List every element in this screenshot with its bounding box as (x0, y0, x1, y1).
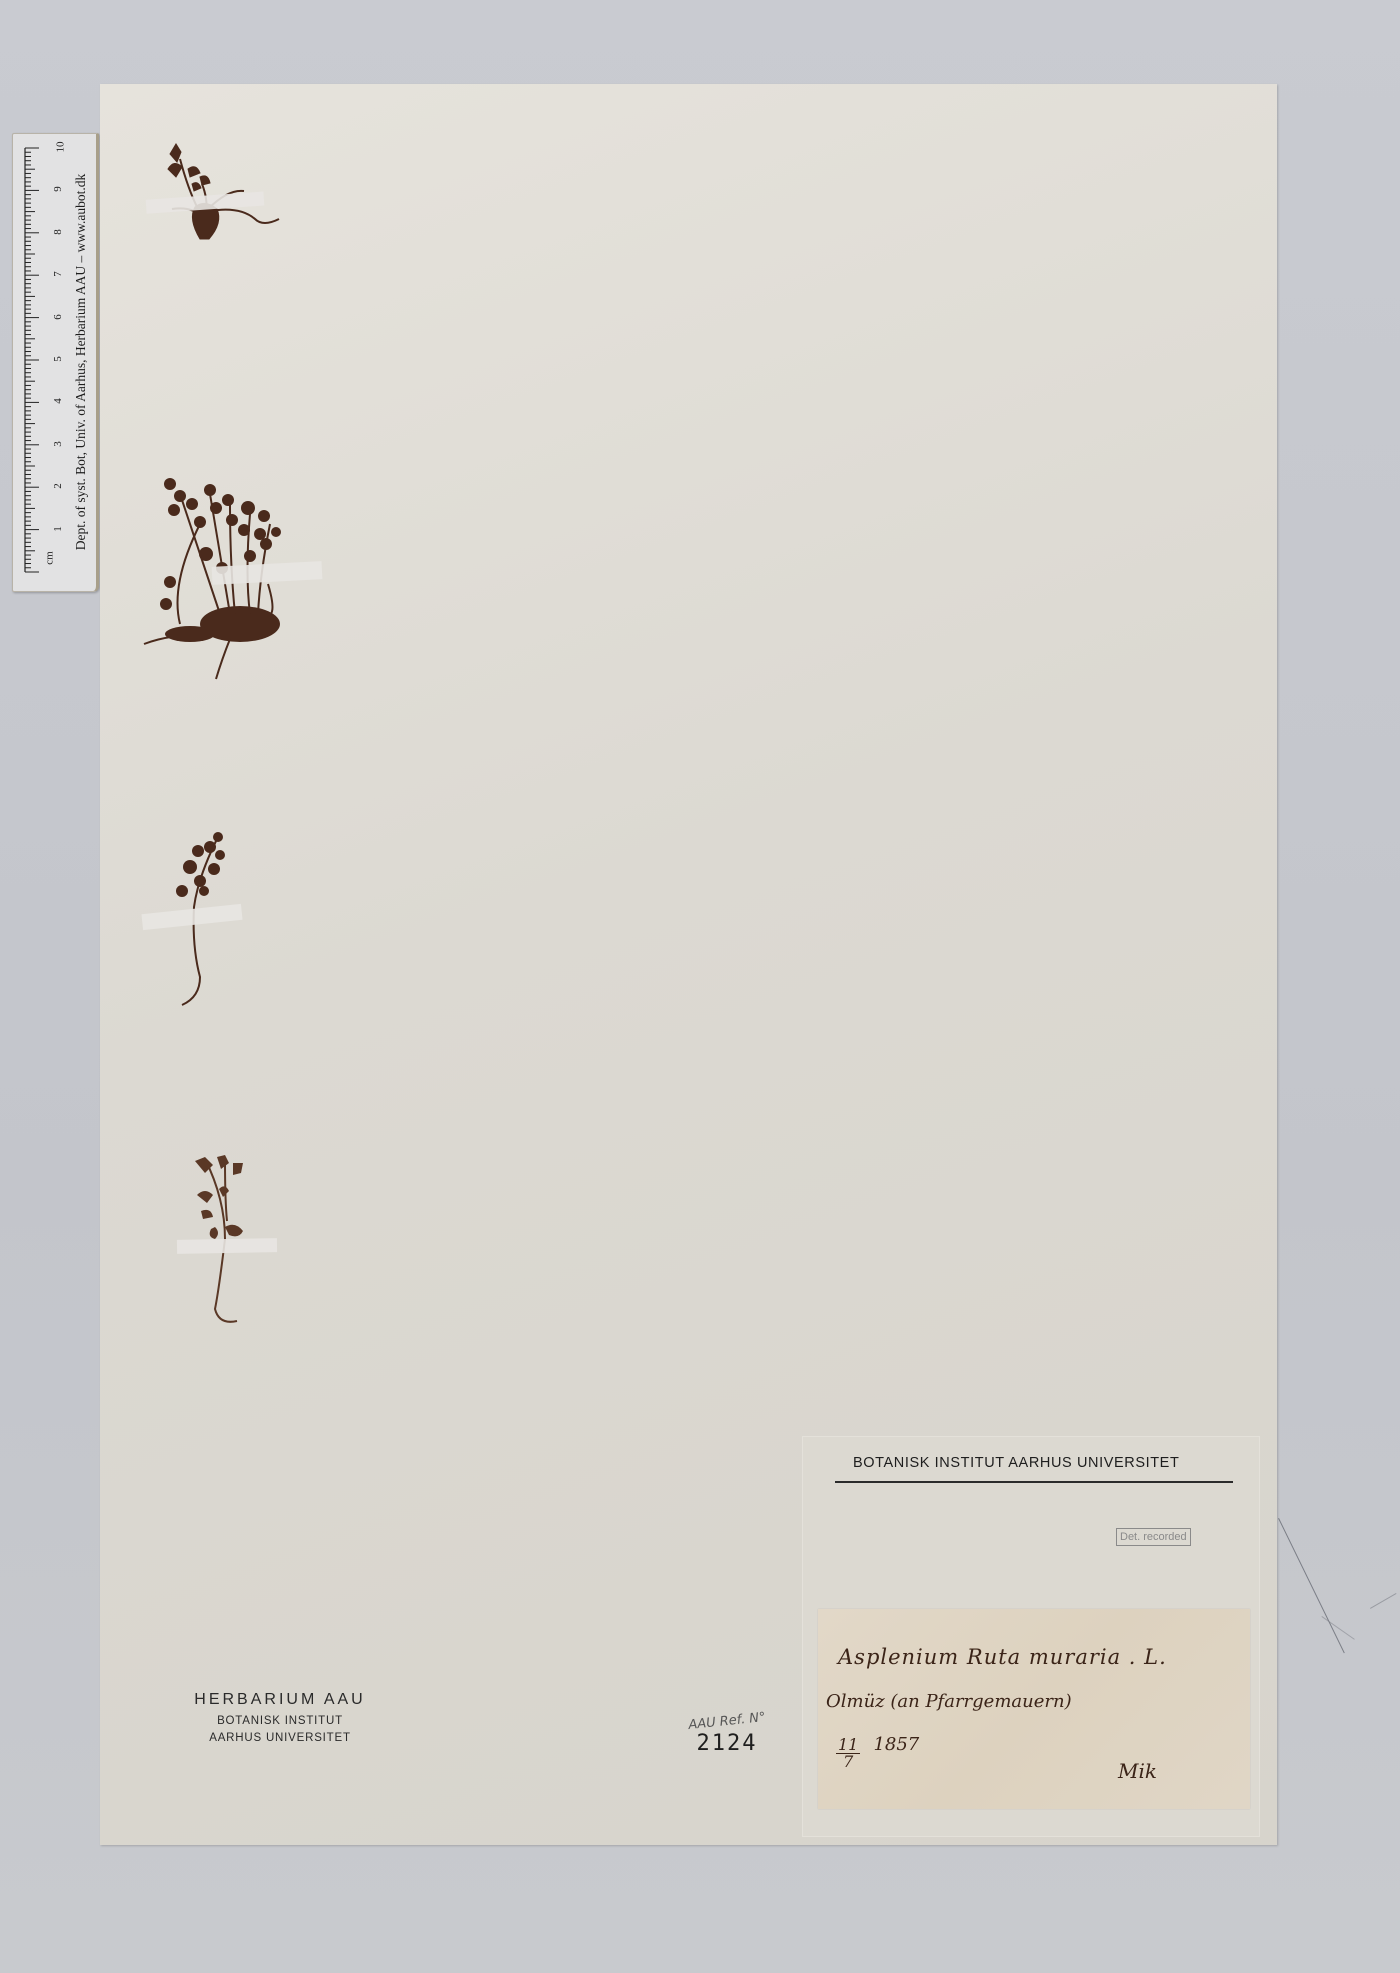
ruler-number: 7 (52, 271, 64, 277)
ruler-number: 9 (52, 187, 64, 193)
ruler-number: 5 (52, 356, 64, 362)
ruler-number: 3 (52, 441, 64, 447)
ruler-number: 4 (52, 399, 64, 405)
specimen-2 (140, 464, 330, 684)
background-scratch (1321, 1616, 1354, 1640)
locality: Olmüz (an Pfarrgemauern) (826, 1691, 1072, 1712)
handwritten-collection-label: Asplenium Ruta muraria . L. Olmüz (an Pf… (818, 1609, 1250, 1809)
mounting-tape (141, 904, 242, 930)
institution-header: BOTANISK INSTITUT AARHUS UNIVERSITET (853, 1455, 1179, 1471)
background-scratch (1278, 1518, 1345, 1653)
header-underline (835, 1481, 1233, 1483)
scale-ruler: Dept. of syst. Bot, Univ. of Aarhus, Her… (12, 133, 99, 592)
collection-date: 11 7 1857 (836, 1737, 919, 1770)
reference-number: 2124 (672, 1731, 782, 1756)
specimen-3 (140, 829, 260, 1019)
ruler-number: 6 (52, 314, 64, 320)
det-recorded-stamp: Det. recorded (1116, 1528, 1191, 1546)
mounting-tape (212, 561, 323, 585)
herbarium-title: HERBARIUM AAU (160, 1691, 400, 1709)
date-month: 7 (836, 1754, 860, 1770)
ruler-credit-text: Dept. of syst. Bot, Univ. of Aarhus, Her… (73, 142, 89, 582)
date-fraction: 11 7 (836, 1737, 860, 1770)
ruler-number: 1 (52, 526, 64, 532)
herbarium-university: AARHUS UNIVERSITET (160, 1732, 400, 1744)
taxon-name: Asplenium Ruta muraria . L. (838, 1645, 1167, 1669)
collector-signature: Mik (1118, 1759, 1157, 1783)
date-year: 1857 (873, 1734, 919, 1755)
mounting-tape (177, 1238, 277, 1254)
background-scratch (1370, 1593, 1396, 1609)
herbarium-stamp: HERBARIUM AAU BOTANISK INSTITUT AARHUS U… (160, 1691, 400, 1744)
ruler-unit: cm (44, 551, 56, 564)
ruler-number: 10 (55, 142, 67, 153)
institution-label-panel: BOTANISK INSTITUT AARHUS UNIVERSITET Det… (802, 1436, 1260, 1837)
ruler-number: 8 (52, 229, 64, 235)
specimen-4 (175, 1149, 285, 1339)
ruler-number: 2 (52, 483, 64, 489)
reference-number-block: AAU Ref. N° 2124 (672, 1714, 782, 1756)
specimen-1 (140, 129, 300, 259)
herbarium-institute: BOTANISK INSTITUT (160, 1715, 400, 1727)
